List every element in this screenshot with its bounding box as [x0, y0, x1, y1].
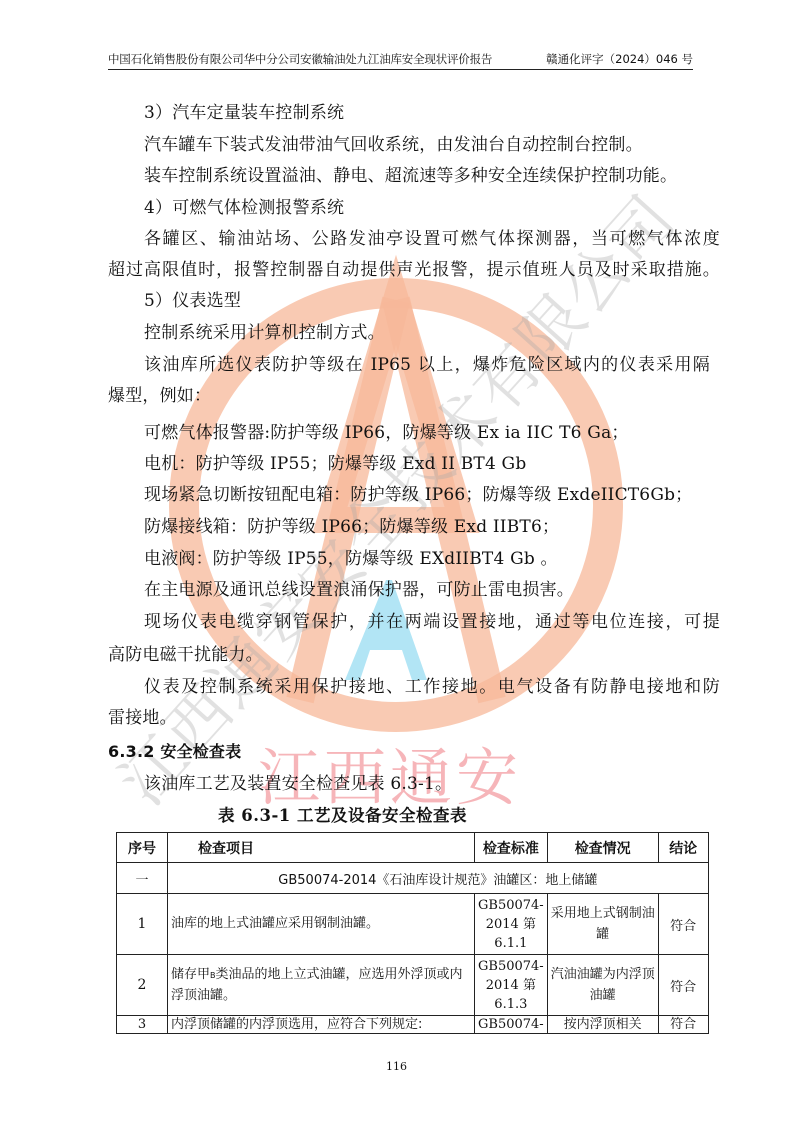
group-title: GB50074-2014《石油库设计规范》油罐区：地上储罐: [168, 863, 709, 894]
table-row: 2 储存甲B类油品的地上立式油罐，应选用外浮顶或内浮顶油罐。 GB50074-2…: [117, 955, 709, 1016]
paragraph-line: 可燃气体报警器:防护等级 IP66，防爆等级 Ex ia IIC T6 Ga；: [144, 421, 756, 445]
table-row: 3 内浮顶储罐的内浮顶选用，应符合下列规定: GB50074- 按内浮顶相关 符…: [117, 1016, 709, 1034]
paragraph-line: 雷接地。: [108, 706, 720, 730]
col-header-conclusion: 结论: [658, 833, 708, 863]
table-group-row: 一 GB50074-2014《石油库设计规范》油罐区：地上储罐: [117, 863, 709, 894]
paragraph-line: 高防电磁干扰能力。: [108, 643, 720, 667]
paragraph-line: 各罐区、输油站场、公路发油亭设置可燃气体探测器，当可燃气体浓度: [144, 227, 720, 251]
row-item: 储存甲B类油品的地上立式油罐，应选用外浮顶或内浮顶油罐。: [168, 955, 475, 1016]
col-header-standard: 检查标准: [475, 833, 548, 863]
row-index: 1: [117, 894, 168, 955]
paragraph-line: 电机：防护等级 IP55；防爆等级 Exd II BT4 Gb: [144, 452, 756, 476]
row-finding: 采用地上式钢制油罐: [547, 894, 658, 955]
page-number: 116: [0, 1060, 793, 1073]
row-index: 3: [117, 1016, 168, 1034]
row-conclusion: 符合: [658, 1016, 708, 1034]
row-item-prefix: 储存甲: [171, 967, 210, 982]
safety-check-table: 序号 检查项目 检查标准 检查情况 结论 一 GB50074-2014《石油库设…: [116, 832, 709, 1034]
paragraph-line: 装车控制系统设置溢油、静电、超流速等多种安全连续保护控制功能。: [144, 164, 756, 188]
paragraph-line: 防爆接线箱：防护等级 IP66；防爆等级 Exd IIBT6；: [144, 515, 756, 539]
table-caption: 表 6.3-1 工艺及设备安全检查表: [218, 804, 467, 828]
paragraph-line: 电液阀：防护等级 IP55，防爆等级 EXdIIBT4 Gb 。: [144, 547, 756, 571]
row-finding: 按内浮顶相关: [547, 1016, 658, 1034]
page-header: 中国石化销售股份有限公司华中分公司安徽输油处九江油库安全现状评价报告 赣通化评字…: [108, 50, 693, 70]
paragraph-line: 现场仪表电缆穿钢管保护，并在两端设置接地，通过等电位连接，可提: [144, 610, 720, 634]
row-standard: GB50074-: [475, 1016, 548, 1034]
row-standard: GB50074-2014 第 6.1.1: [475, 894, 548, 955]
row-standard: GB50074-2014 第 6.1.3: [475, 955, 548, 1016]
col-header-item: 检查项目: [168, 833, 475, 863]
paragraph-line: 超过高限值时，报警控制器自动提供声光报警，提示值班人员及时采取措施。: [108, 258, 720, 282]
section-intro: 该油库工艺及装置安全检查见表 6.3-1。: [144, 772, 756, 796]
subheading-3: 3）汽车定量装车控制系统: [144, 101, 756, 125]
row-item: 内浮顶储罐的内浮顶选用，应符合下列规定:: [168, 1016, 475, 1034]
paragraph-line: 汽车罐车下装式发油带油气回收系统，由发油台自动控制台控制。: [144, 133, 756, 157]
paragraph-line: 控制系统采用计算机控制方式。: [144, 321, 756, 345]
row-finding: 汽油油罐为内浮顶油罐: [547, 955, 658, 1016]
row-conclusion: 符合: [658, 894, 708, 955]
section-heading: 6.3.2 安全检查表: [108, 740, 720, 764]
paragraph-line: 在主电源及通讯总线设置浪涌保护器，可防止雷电损害。: [144, 578, 756, 602]
group-index: 一: [117, 863, 168, 894]
paragraph-line: 爆型，例如：: [108, 384, 720, 408]
paragraph-line: 该油库所选仪表防护等级在 IP65 以上，爆炸危险区域内的仪表采用隔: [144, 353, 710, 377]
table-row: 1 油库的地上式油罐应采用钢制油罐。 GB50074-2014 第 6.1.1 …: [117, 894, 709, 955]
report-title: 中国石化销售股份有限公司华中分公司安徽输油处九江油库安全现状评价报告: [108, 50, 492, 69]
subheading-5: 5）仪表选型: [144, 289, 756, 313]
table-header-row: 序号 检查项目 检查标准 检查情况 结论: [117, 833, 709, 863]
row-item-suffix: 类油品的地上立式油罐，应选用外浮顶或内浮顶油罐。: [171, 967, 463, 1003]
document-page: 江西通安安全技术有限公司 江西通安 中国石化销售股份有限公司华中分公司安徽输油处…: [0, 0, 793, 1122]
subheading-4: 4）可燃气体检测报警系统: [144, 196, 756, 220]
row-item: 油库的地上式油罐应采用钢制油罐。: [168, 894, 475, 955]
col-header-index: 序号: [117, 833, 168, 863]
paragraph-line: 仪表及控制系统采用保护接地、工作接地。电气设备有防静电接地和防: [144, 675, 720, 699]
col-header-finding: 检查情况: [547, 833, 658, 863]
row-index: 2: [117, 955, 168, 1016]
row-conclusion: 符合: [658, 955, 708, 1016]
paragraph-line: 现场紧急切断按钮配电箱：防护等级 IP66；防爆等级 ExdeIICT6Gb；: [144, 483, 756, 507]
document-number: 赣通化评字（2024）046 号: [546, 50, 693, 69]
